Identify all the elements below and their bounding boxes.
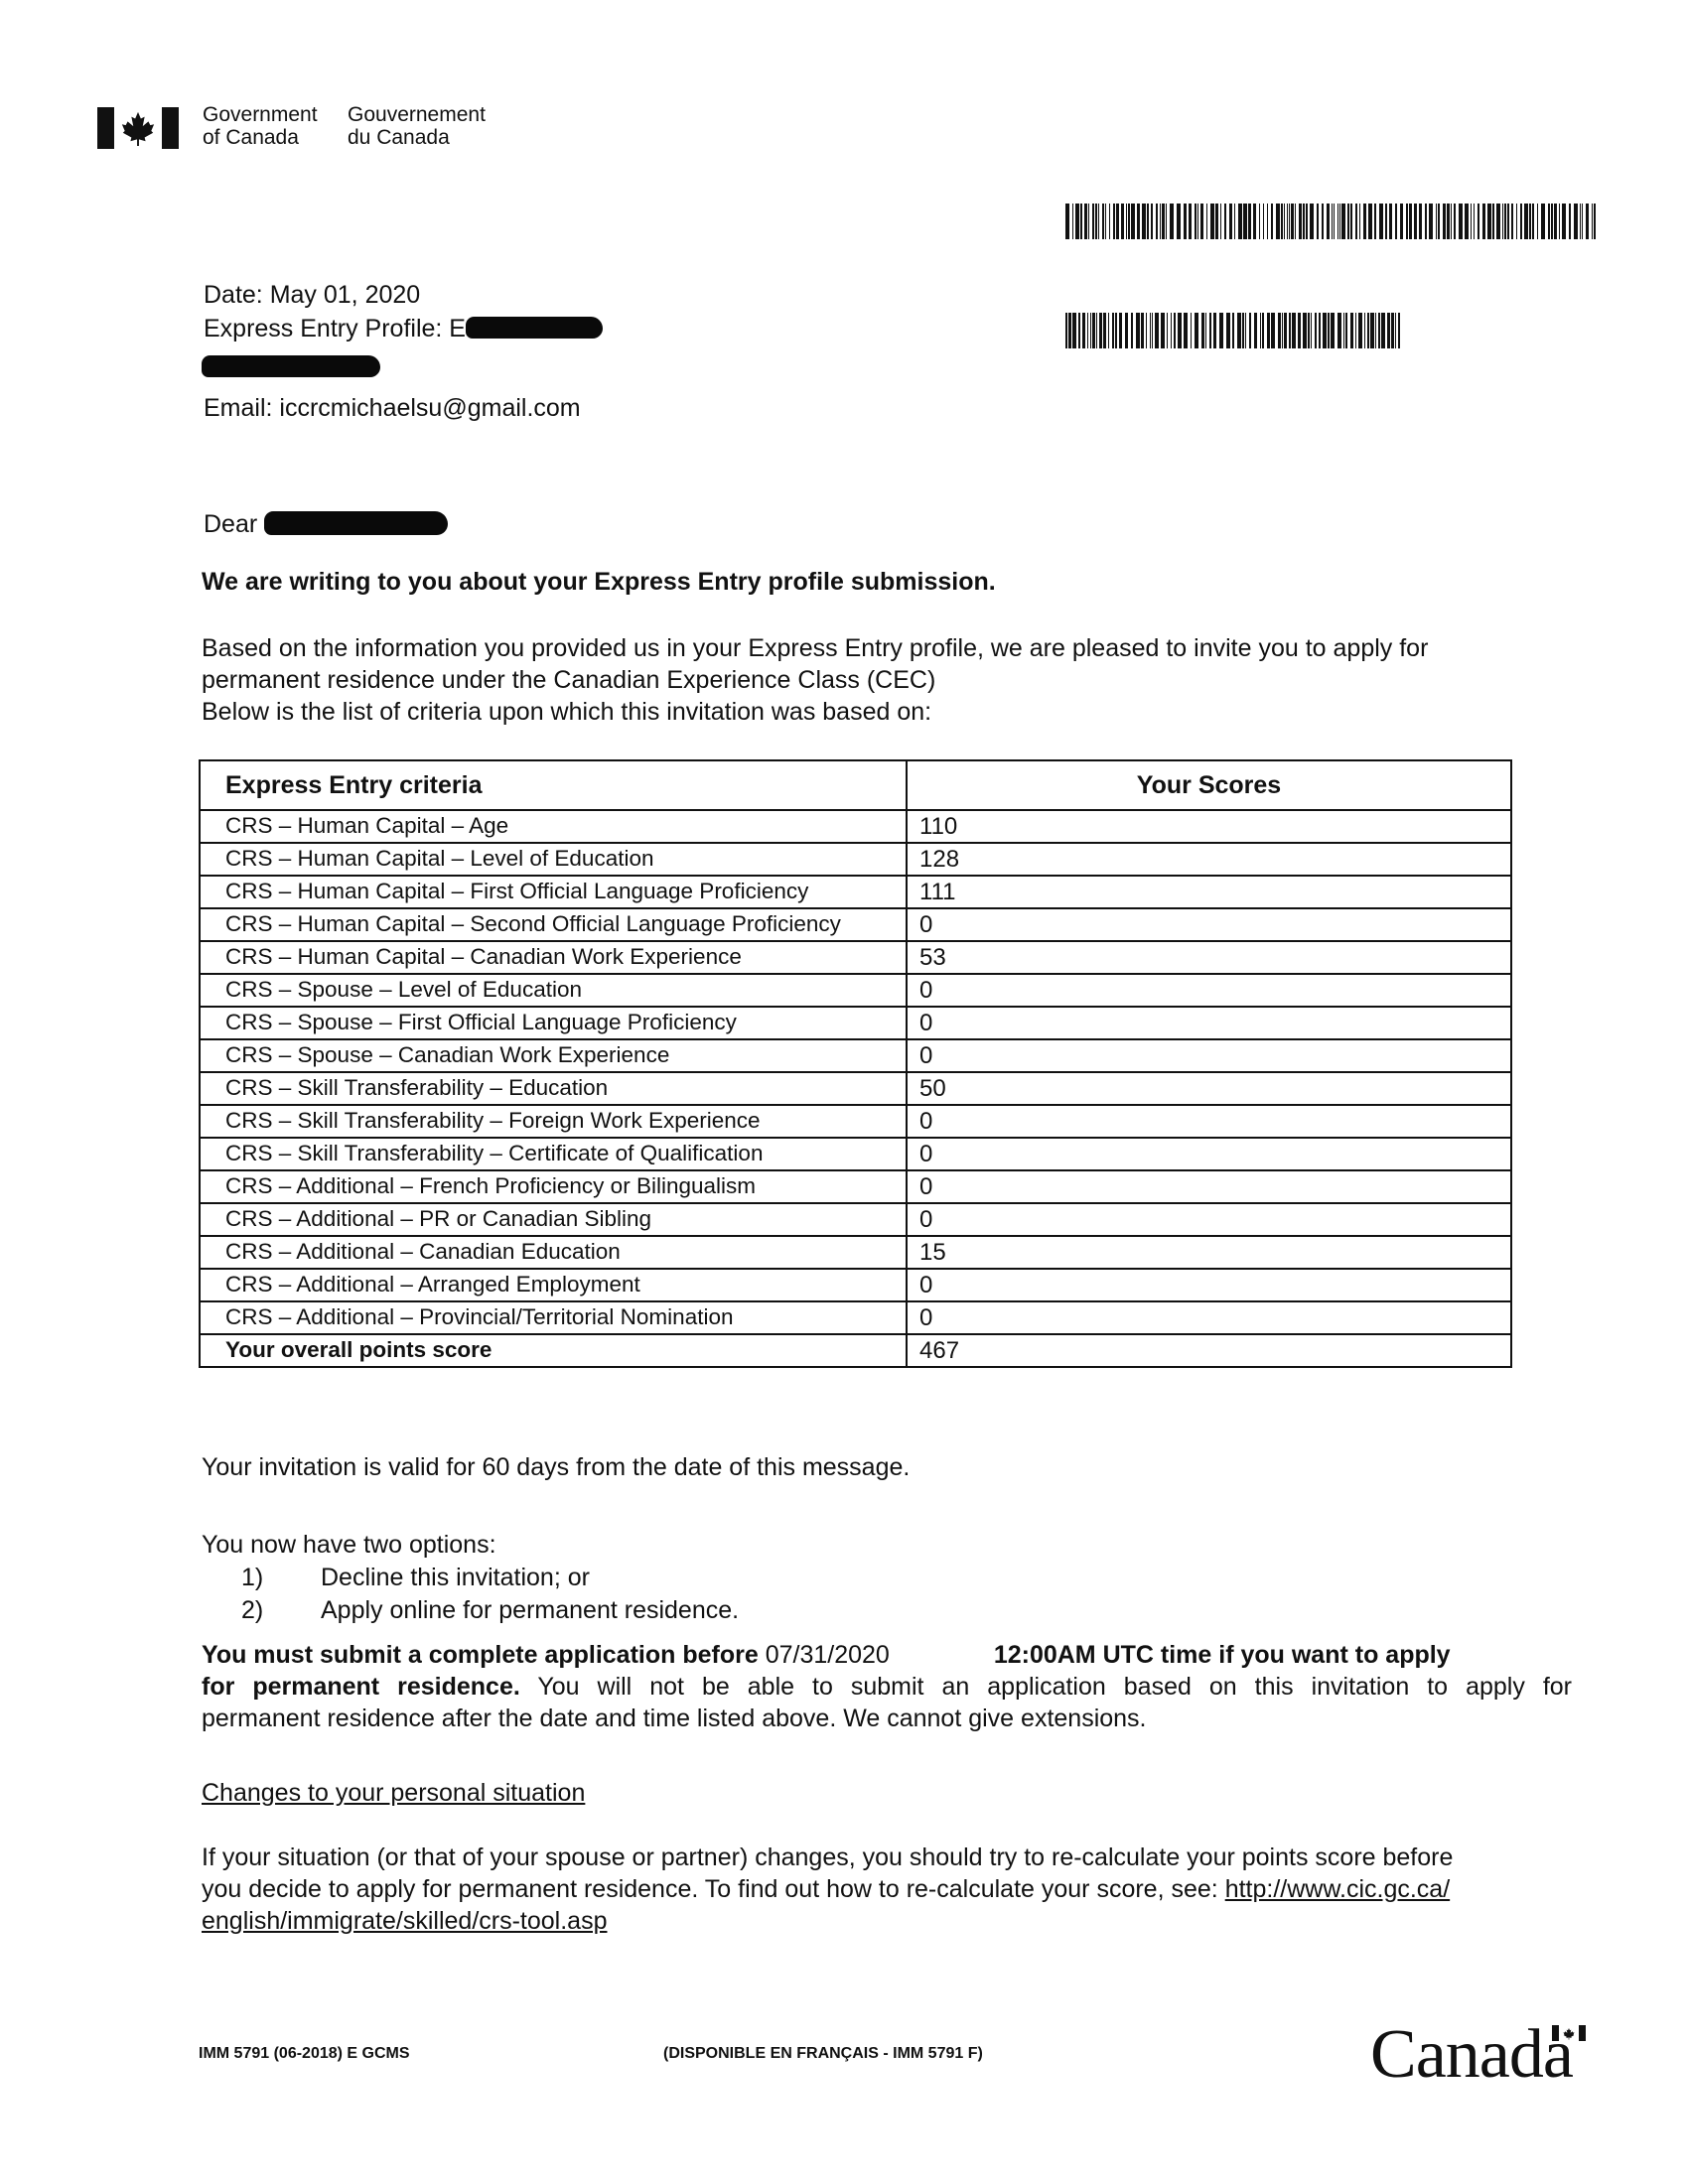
score-cell: 0 <box>907 908 1511 941</box>
criterion-cell: CRS – Skill Transferability – Foreign Wo… <box>200 1105 907 1138</box>
score-cell: 15 <box>907 1236 1511 1269</box>
table-row: CRS – Additional – Arranged Employment0 <box>200 1269 1511 1301</box>
table-row: CRS – Spouse – Level of Education0 <box>200 974 1511 1007</box>
criterion-cell: CRS – Human Capital – Canadian Work Expe… <box>200 941 907 974</box>
table-row: CRS – Human Capital – Second Official La… <box>200 908 1511 941</box>
score-cell: 0 <box>907 1007 1511 1039</box>
intro-paragraph: Based on the information you provided us… <box>202 632 1572 728</box>
crs-tool-link[interactable]: http://www.cic.gc.ca/ <box>1225 1875 1450 1903</box>
table-row: CRS – Skill Transferability – Education5… <box>200 1072 1511 1105</box>
government-of-canada-en: Government of Canada <box>203 103 318 149</box>
maple-leaf-icon <box>119 109 157 147</box>
criterion-cell: CRS – Additional – Provincial/Territoria… <box>200 1301 907 1334</box>
total-score: 467 <box>907 1334 1511 1367</box>
criterion-cell: CRS – Skill Transferability – Certificat… <box>200 1138 907 1170</box>
criterion-cell: CRS – Human Capital – Age <box>200 810 907 843</box>
validity-notice: Your invitation is valid for 60 days fro… <box>202 1451 1572 1483</box>
criterion-cell: CRS – Additional – Canadian Education <box>200 1236 907 1269</box>
score-cell: 128 <box>907 843 1511 876</box>
criterion-cell: CRS – Spouse – Canadian Work Experience <box>200 1039 907 1072</box>
table-row: CRS – Additional – Canadian Education15 <box>200 1236 1511 1269</box>
score-cell: 0 <box>907 1170 1511 1203</box>
table-row: CRS – Human Capital – Age110 <box>200 810 1511 843</box>
column-header-scores: Your Scores <box>907 760 1511 810</box>
table-row: CRS – Additional – PR or Canadian Siblin… <box>200 1203 1511 1236</box>
score-cell: 0 <box>907 1105 1511 1138</box>
deadline-date: 07/31/2020 <box>766 1641 890 1669</box>
greeting: Dear <box>204 509 448 539</box>
redacted-recipient-name <box>264 511 448 535</box>
french-availability: (DISPONIBLE EN FRANÇAIS - IMM 5791 F) <box>663 2045 983 2063</box>
score-cell: 111 <box>907 876 1511 908</box>
form-code: IMM 5791 (06-2018) E GCMS <box>199 2045 410 2063</box>
option-apply: 2)Apply online for permanent residence. <box>202 1594 739 1627</box>
letter-date: Date: May 01, 2020 <box>204 280 420 310</box>
wordmark-flag-icon <box>1552 2025 1586 2041</box>
score-cell: 0 <box>907 1203 1511 1236</box>
table-row: CRS – Human Capital – Canadian Work Expe… <box>200 941 1511 974</box>
changes-paragraph: If your situation (or that of your spous… <box>202 1842 1572 1937</box>
redacted-profile-number <box>466 317 603 339</box>
table-row: CRS – Spouse – First Official Language P… <box>200 1007 1511 1039</box>
table-row: CRS – Spouse – Canadian Work Experience0 <box>200 1039 1511 1072</box>
criterion-cell: CRS – Additional – French Proficiency or… <box>200 1170 907 1203</box>
score-cell: 53 <box>907 941 1511 974</box>
option-decline: 1)Decline this invitation; or <box>202 1562 739 1594</box>
score-cell: 0 <box>907 1138 1511 1170</box>
total-label: Your overall points score <box>200 1334 907 1367</box>
redacted-name-line <box>202 355 380 379</box>
score-cell: 0 <box>907 974 1511 1007</box>
table-row: CRS – Human Capital – Level of Education… <box>200 843 1511 876</box>
total-row: Your overall points score467 <box>200 1334 1511 1367</box>
table-row: CRS – Skill Transferability – Foreign Wo… <box>200 1105 1511 1138</box>
email-line: Email: iccrcmichaelsu@gmail.com <box>204 393 581 423</box>
score-cell: 110 <box>907 810 1511 843</box>
score-cell: 0 <box>907 1039 1511 1072</box>
criterion-cell: CRS – Spouse – First Official Language P… <box>200 1007 907 1039</box>
table-row: CRS – Additional – Provincial/Territoria… <box>200 1301 1511 1334</box>
canada-wordmark: Canada <box>1370 2015 1573 2095</box>
criterion-cell: CRS – Human Capital – First Official Lan… <box>200 876 907 908</box>
criterion-cell: CRS – Human Capital – Second Official La… <box>200 908 907 941</box>
barcode-secondary <box>1065 313 1403 348</box>
crs-scores-table: Express Entry criteria Your Scores CRS –… <box>199 759 1512 1368</box>
crs-tool-link-cont[interactable]: english/immigrate/skilled/crs-tool.asp <box>202 1905 1572 1937</box>
canada-flag-icon <box>97 107 179 149</box>
changes-heading: Changes to your personal situation <box>202 1777 585 1809</box>
table-row: CRS – Human Capital – First Official Lan… <box>200 876 1511 908</box>
table-header-row: Express Entry criteria Your Scores <box>200 760 1511 810</box>
score-cell: 0 <box>907 1269 1511 1301</box>
criterion-cell: CRS – Additional – PR or Canadian Siblin… <box>200 1203 907 1236</box>
criterion-cell: CRS – Additional – Arranged Employment <box>200 1269 907 1301</box>
table-row: CRS – Additional – French Proficiency or… <box>200 1170 1511 1203</box>
subject-line: We are writing to you about your Express… <box>202 566 1572 598</box>
deadline-paragraph: You must submit a complete application b… <box>202 1639 1572 1734</box>
criterion-cell: CRS – Spouse – Level of Education <box>200 974 907 1007</box>
score-cell: 50 <box>907 1072 1511 1105</box>
barcode-primary <box>1065 204 1597 239</box>
column-header-criteria: Express Entry criteria <box>200 760 907 810</box>
score-cell: 0 <box>907 1301 1511 1334</box>
criterion-cell: CRS – Human Capital – Level of Education <box>200 843 907 876</box>
options-list: You now have two options: 1)Decline this… <box>202 1529 739 1627</box>
express-entry-profile: Express Entry Profile: E <box>204 314 603 343</box>
criterion-cell: CRS – Skill Transferability – Education <box>200 1072 907 1105</box>
table-row: CRS – Skill Transferability – Certificat… <box>200 1138 1511 1170</box>
government-of-canada-fr: Gouvernement du Canada <box>348 103 486 149</box>
